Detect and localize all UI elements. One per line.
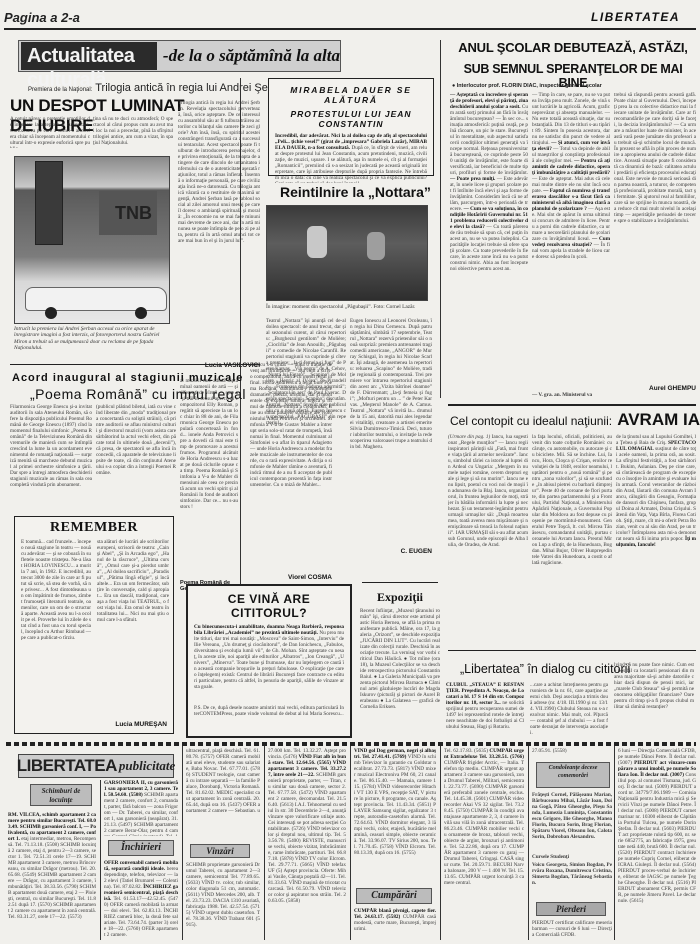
banner-subtitle: -de la o săptămînă la alta	[163, 46, 340, 66]
ads-lost-col: PIERDUT certificat calificare meseria ba…	[532, 920, 612, 940]
ad-item: OFER convenabil cameră mobilată, separat…	[104, 860, 178, 872]
column-rule	[100, 780, 101, 940]
actor-figure	[307, 226, 327, 258]
nottara-headline: Reintilnire la „Nottara”	[280, 184, 431, 200]
banner-main-title: Actualitatea culturală	[21, 42, 157, 70]
section-header-rentals: Închirieri	[108, 840, 174, 856]
mirabela-lead: Incredibil, dar adevărat. Nici la al doi…	[275, 133, 427, 151]
mirabela-title-line1: MIRABELA DAUER SE ALĂTURĂ	[269, 85, 433, 105]
ad-item: CUMPĂR urgent Extradeluxe Tel. 33.28.51.…	[444, 748, 524, 760]
expo-body: Recent înfiinţat, „Muzeul ţăranului româ…	[360, 608, 440, 738]
dialog-body-col3: lvind că nu poate face nimic. Cum este p…	[614, 662, 694, 734]
dialog-lead: CLUBUL „STEAUA” E RESTANŢIER. Preşedinta…	[446, 682, 524, 706]
classifieds-banner: LIBERTATEA publicitate	[18, 754, 174, 778]
dialog-headline: „Libertatea” în dialog cu cititorii	[460, 662, 630, 676]
question-1: — Aşteptată cu încredere şi speranţă de …	[450, 92, 528, 110]
question-6: — Faptul că numirea şi transferarea dasc…	[532, 188, 610, 212]
ads-rentals-col2: ultracentral, piaţă deschisă. Tel. 61.80…	[186, 748, 260, 812]
question-2: — Poate prea mulţi.	[450, 176, 495, 182]
divider	[448, 404, 696, 406]
iancu-body-col2: la faţa locului, oficiali, politicieni, …	[532, 434, 612, 644]
column-rule	[350, 746, 351, 940]
question-5: — Pentru că aţi amintit de cadrele didac…	[532, 158, 610, 176]
nottara-photo	[266, 205, 428, 301]
school-footnote: — V. gra. an. Ministerul va	[532, 392, 610, 400]
expo-lead: Recent înfiinţat, „Muzeul ţăranului româ…	[360, 608, 440, 644]
ads-lost-col2: 6 luni — Direcţia Comercială CFDB, pe nu…	[618, 748, 696, 938]
ad-item: GARSONIERĂ II, cu garsonieră 1 sau apart…	[104, 780, 178, 798]
newspaper-name: LIBERTATEA	[591, 10, 680, 24]
tnb-logo-icon: TNB	[115, 203, 152, 224]
school-body-col1: — Aşteptată cu încredere şi speranţă de …	[450, 92, 528, 398]
iancu-closing: Îţi mulţumim, Iancule!	[616, 536, 696, 548]
section-header-exchanges: Schimburi de locuinţe	[30, 784, 92, 806]
kicker-prefix: Premiera de la Naţional:	[28, 87, 92, 93]
remember-lead: E toamnă... cad frunzele... începe o nou…	[21, 539, 91, 569]
question-3: — Cum se va soluţiona, în condiţiile Hot…	[450, 206, 528, 230]
classifieds-banner-main: LIBERTATEA	[17, 756, 117, 776]
national-theatre-photo: TNB	[14, 156, 170, 324]
ad-item: SCHIMB garsonieră conf. I, — Polivalentă…	[8, 824, 96, 842]
iancu-subhead: SPECTACOLUL OMAGIAL	[616, 440, 696, 452]
school-body-col3: trebui să răspundă pentru această gafă. …	[614, 92, 696, 382]
divider	[448, 650, 696, 651]
car-wheel-front	[45, 307, 57, 319]
poema-signature: Viorel COSMA	[250, 574, 332, 581]
ads-sales-col2: 27.000 km. Tel. 13.32.27. Aştept provinc…	[268, 748, 346, 938]
classifieds-dotted-divider	[6, 742, 696, 746]
column-rule	[264, 746, 265, 940]
header-rule	[4, 28, 696, 30]
divider	[10, 364, 260, 365]
ad-item: CUMPĂR blană pivnigi, capete fier. Tel. …	[354, 908, 436, 920]
remember-title: REMEMBER	[15, 520, 173, 536]
iancu-headline-prefix: Cel contopit cu idealul naţiunii:	[450, 414, 612, 428]
ads-condolences-date: 27.05.91. (5558)	[532, 748, 612, 758]
school-body-col2: — Timp în care, se pare, nu se va putea …	[532, 92, 610, 398]
condolences-sub-names: Voicu Georgeta, Simion Bogdan, Pervăra R…	[532, 862, 612, 888]
iancu-headline: Cel contopit cu idealul naţiunii: AVRAM …	[450, 410, 700, 430]
reader-ps: P.S. De ce, după desele noastre amintiri…	[194, 705, 344, 747]
column-rule	[528, 746, 529, 940]
poema-body-col3: al muzicii care adună săptămînal oamenii…	[180, 378, 238, 578]
poema-lead: Filarmonica George Enescu şi-a invitat a…	[10, 404, 92, 428]
dialog-body-col1: CLUBUL „STEAUA” E RESTANŢIER. Preşedinta…	[446, 682, 524, 734]
remember-signature: Lucia MUREŞAN	[97, 721, 167, 728]
poema-body-col2: (publicul plătind biletul, iată cu vine …	[96, 404, 176, 500]
section-header-purchases: Cumpărări	[356, 888, 432, 904]
national-body-col3: Trilogia antică în regia lui Andrei Şerb…	[178, 100, 260, 362]
reader-lead: Cu binecunoscuta-i amabilitate, doamna N…	[194, 624, 344, 636]
ads-exchanges-col2: GARSONIERĂ II, cu garsonieră 1 sau apart…	[104, 780, 178, 836]
condolences-names: Frăţeşti Cornel, Pălăşeanu Marian, Bărbu…	[532, 792, 612, 850]
ad-item: ÎNCHIRIEZ garsonieră semicentral, piaţă …	[104, 884, 178, 902]
school-headline-line1: ANUL ŞCOLAR DEBUTEAZĂ, ASTĂZI,	[448, 40, 698, 55]
ads-sales-col3: VÎND gol Dog german, negri şi albaştri. …	[354, 748, 436, 886]
column-rule	[614, 746, 615, 940]
nottara-signature: C. EUGEN	[350, 548, 432, 555]
ads-sales-col: SCHIMB proprietate garsonieră Drumul Tab…	[186, 862, 260, 938]
nottara-body-col2: Eugen Ionescu al Leonorei Ocoleanu, în r…	[350, 318, 432, 544]
dialog-body-col2: ...care a achitat întreţinerea pentru ga…	[530, 682, 608, 734]
divider	[362, 582, 438, 583]
iancu-headline-name: AVRAM IANCU	[617, 410, 700, 429]
poema-body-col1: Filarmonica George Enescu şi-a invitat a…	[10, 404, 92, 500]
page-number-label: Pagina a 2-a	[4, 10, 80, 25]
section-header-sales: Vînzări	[190, 844, 250, 858]
question-7: — Cum vedeţi rezolvarea situaţiei?	[532, 236, 610, 248]
expo-headline: Expoziţii	[362, 590, 438, 605]
school-signature: Aurel GHEMPU	[614, 385, 696, 392]
question-4: — Şi atunci, cum vor învăţa elevii?	[532, 140, 610, 152]
iancu-body-col1: (Urmare din pag. 1) Iancu, lua sugestion…	[448, 434, 528, 644]
national-photo-caption: Intrucît la premiera lui Andrei Şerban a…	[14, 326, 174, 352]
mirabela-box: MIRABELA DAUER SE ALĂTURĂ PROTESTULUI LU…	[268, 78, 434, 176]
national-body-col1: A patuit părea: o pretenţie emoţiilor de…	[10, 116, 90, 148]
kicker-text: Trilogia antică în regia lui Andrei Şerb…	[95, 82, 290, 94]
car-wheel-rear	[135, 307, 147, 319]
culture-section-banner: Actualitatea culturală -de la o săptămîn…	[18, 40, 341, 72]
nottara-caption: În imagine: moment din spectacolul „Păgu…	[266, 304, 432, 310]
ad-item: VÎND gol Dog german, negri şi albaştri. …	[354, 748, 436, 760]
section-header-condolences: Condoleanţe decese comemorări	[536, 762, 610, 788]
reader-box: CE VINĂ ARE CITITORUL? Cu binecunoscuta-…	[186, 584, 352, 738]
classifieds-banner-sub: publicitate	[119, 758, 175, 774]
body-repeat: Trilogia antică în regia lui Andrei Şerb…	[178, 100, 260, 112]
poema-continuation: Enescu s-a cîntat — după o tradiţie de v…	[250, 362, 332, 572]
column-rule	[440, 746, 441, 940]
spacer	[246, 316, 248, 317]
section-header-lost: Pierderi	[536, 902, 606, 916]
reader-body: Cu binecunoscuta-i amabilitate, doamna N…	[194, 624, 344, 702]
reader-title: CE VINĂ ARE CITITORUL?	[188, 592, 350, 620]
ad-item: PIERDUT act vînzare-cumpărare a unui imo…	[618, 760, 696, 778]
school-interviewee: ● Interlocutor prof. FLORIN DIAC, inspec…	[452, 83, 622, 89]
remember-body-col1: E toamnă... cad frunzele... începe o nou…	[21, 539, 91, 729]
column-rule	[440, 40, 441, 398]
mirabela-body: Incredibil, dar adevărat. Nici la al doi…	[275, 133, 427, 183]
ads-purchases-col: CUMPĂR blană pivnigi, capete fier. Tel. …	[354, 908, 436, 940]
ads-rentals-col: OFER convenabil cameră mobilată, separat…	[104, 860, 178, 938]
iancu-continuation: (Urmare din pag. 1)	[448, 434, 490, 440]
remember-box: REMEMBER E toamnă... cad frunzele... înc…	[14, 516, 174, 734]
poster-trilogy	[35, 161, 63, 245]
national-body-col2: ţina să nu te duci cu atmosferă; O spect…	[93, 116, 173, 148]
remember-body-col2: sta alături de lucrări ale scriitorilor …	[97, 539, 169, 709]
interviewee-text: Interlocutor prof. FLORIN DIAC, inspecto…	[457, 83, 602, 89]
ads-exchanges-col: RM. VÎLCEA, schimb apartament 2 camere p…	[8, 812, 96, 938]
actor-figure	[367, 232, 385, 260]
ads-purchases-col2: Tel. 62.17.83. (5635) CUMPĂR urgent Extr…	[444, 748, 524, 938]
column-rule	[182, 746, 183, 940]
mirabela-title-line2: PROTESTULUI LUI JEAN CONSTANTIN	[269, 109, 433, 129]
condolences-sub: Cursele Studenţi	[532, 854, 612, 862]
iancu-body-col3: de la ţinutul sau al Lupului Gomiltei, l…	[616, 434, 696, 644]
